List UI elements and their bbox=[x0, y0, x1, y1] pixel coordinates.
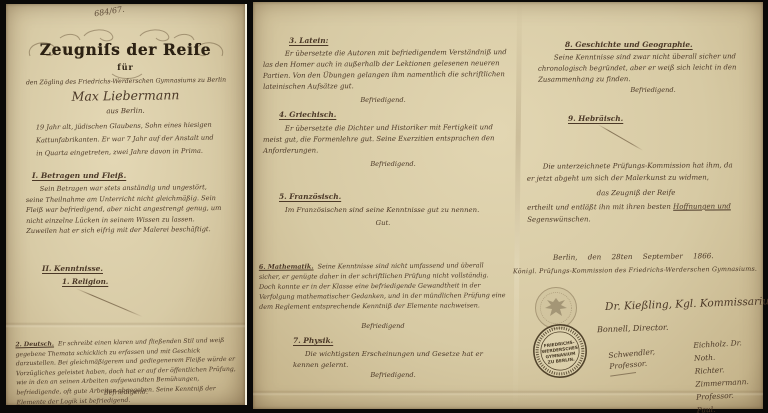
dateline: Berlin, den 28ten September 1866. bbox=[553, 251, 714, 262]
signature-block-left: Schwendler, Professor. bbox=[608, 346, 657, 376]
closing-center-line: das Zeugniß der Reife bbox=[527, 186, 745, 200]
section-greek-body: Er übersetzte die Dichter und Historiker… bbox=[263, 122, 501, 157]
certificate-page-1: 684/67. Zeugniſs der Reiſe für den Zögli… bbox=[6, 4, 247, 405]
section-physics-body: Die wichtigsten Erscheinungen und Gesetz… bbox=[293, 349, 493, 371]
signature-right-line-1: Eichholz. Dr. Noth. bbox=[693, 335, 762, 365]
ink-stroke bbox=[76, 288, 143, 317]
certificate-title: Zeugniſs der Reiſe bbox=[6, 40, 245, 59]
closing-line-1: Die unterzeichnete Prüfungs-Kommission h… bbox=[527, 159, 745, 173]
signature-director: Bonnell, Director. bbox=[597, 323, 669, 334]
section-math-heading: 6. Mathematik. bbox=[259, 262, 314, 270]
section-religion-heading: 1. Religion. bbox=[62, 277, 108, 286]
history-grade: Befriedigend. bbox=[583, 86, 723, 94]
recipient-origin: aus Berlin. bbox=[6, 105, 245, 116]
section-french-heading: 5. Französisch. bbox=[279, 192, 341, 201]
paper-crease bbox=[253, 390, 763, 396]
recipient-name: Max Liebermann bbox=[6, 86, 245, 104]
closing-line-2: er jetzt abgeht um sich der Malerkunst z… bbox=[527, 171, 745, 185]
closing-line-3-text: ertheilt und entläßt ihn mit ihren beste… bbox=[527, 203, 673, 212]
section-german-heading: 2. Deutsch. bbox=[15, 341, 54, 349]
section-physics-heading: 7. Physik. bbox=[293, 336, 333, 345]
signature-right-line-2: Richter. Zimmermann. bbox=[694, 361, 763, 391]
certificate-title-sub: für bbox=[6, 62, 245, 72]
french-grade: Gut. bbox=[313, 219, 453, 227]
commission-line: Königl. Prüfungs-Kommission des Friedric… bbox=[513, 266, 763, 276]
signature-flourish bbox=[610, 372, 636, 377]
paper-crease bbox=[6, 322, 245, 328]
greek-grade: Befriedigend. bbox=[323, 160, 463, 168]
section-math: 6. Mathematik.Seine Kenntnisse sind nich… bbox=[259, 260, 507, 312]
section-conduct-heading: I. Betragen und Fleiß. bbox=[32, 171, 126, 180]
signature-commissioner: Dr. Kießling, Kgl. Kommissarius. bbox=[605, 295, 768, 313]
section-history-body: Seine Kenntnisse sind zwar nicht überall… bbox=[538, 51, 746, 85]
signature-block-right: Eichholz. Dr. Noth. Richter. Zimmermann.… bbox=[693, 335, 765, 413]
section-latin-heading: 3. Latein: bbox=[289, 36, 328, 45]
physics-grade: Befriedigend. bbox=[323, 371, 463, 379]
section-history-heading: 8. Geschichte und Geographie. bbox=[565, 40, 693, 49]
document-scan: 684/67. Zeugniſs der Reiſe für den Zögli… bbox=[0, 0, 768, 413]
closing-paragraph: Die unterzeichnete Prüfungs-Kommission h… bbox=[527, 159, 745, 226]
file-number: 684/67. bbox=[93, 5, 125, 19]
math-grade: Befriedigend bbox=[313, 322, 453, 330]
school-stamp: FRIEDRICHS- WERDERSCHES GYMNASIUM ZU BER… bbox=[529, 320, 591, 382]
section-conduct-body: Sein Betragen war stets anständig und un… bbox=[26, 182, 225, 237]
closing-line-3-underlined: Hoffnungen und bbox=[673, 202, 731, 210]
closing-line-3: ertheilt und entläßt ihn mit ihren beste… bbox=[527, 200, 745, 214]
section-hebrew-heading: 9. Hebräisch. bbox=[568, 114, 623, 123]
biography-paragraph: 19 Jahr alt, jüdischen Glaubens, Sohn ei… bbox=[36, 119, 215, 161]
closing-line-4: Segenswünschen. bbox=[527, 212, 745, 226]
paper-fold bbox=[513, 2, 522, 409]
ink-stroke bbox=[598, 124, 644, 151]
latin-grade: Befriedigend. bbox=[313, 96, 453, 104]
recipient-intro: den Zögling des Friedrichs-Werderschen G… bbox=[24, 77, 228, 87]
section-greek-heading: 4. Griechisch. bbox=[279, 110, 336, 119]
certificate-page-2: 3. Latein: Er übersetzte die Autoren mit… bbox=[253, 2, 763, 409]
section-german: 2. Deutsch.Er schreibt einen klaren und … bbox=[15, 336, 238, 408]
section-french-body: Im Französischen sind seine Kenntnisse g… bbox=[263, 205, 511, 216]
section-latin-body: Er übersetzte die Autoren mit befriedige… bbox=[263, 47, 507, 93]
section-knowledge-heading: II. Kenntnisse. bbox=[42, 264, 103, 273]
